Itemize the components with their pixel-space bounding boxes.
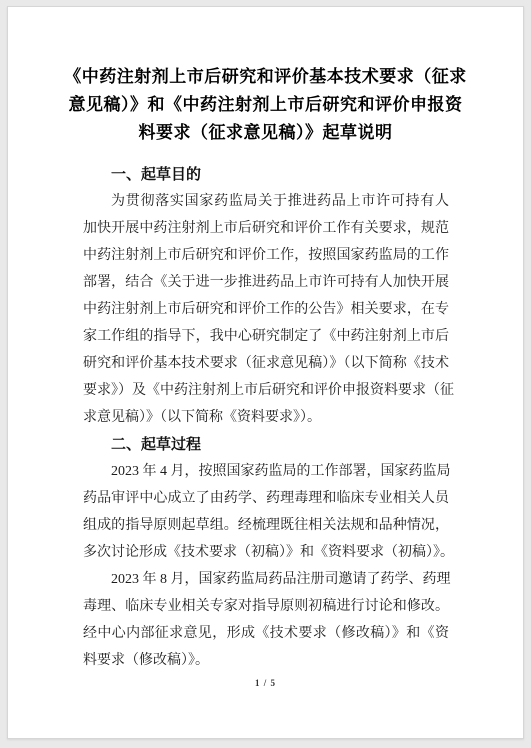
paragraph-line: 中药注射剂上市后研究和评价工作，按照国家药监局的工作 xyxy=(83,242,449,269)
paragraph-line: 2023 年 8 月，国家药监局药品注册司邀请了药学、药理 xyxy=(83,566,449,593)
paragraph-line: 料要求（修改稿）》。 xyxy=(83,647,449,674)
paragraph-line: 求意见稿）》（以下简称《资料要求》）。 xyxy=(83,404,449,431)
title-line: 意见稿）》和《中药注射剂上市后研究和评价申报资 xyxy=(38,91,493,119)
paragraph-line: 中药注射剂上市后研究和评价工作的公告》相关要求，在专 xyxy=(83,296,449,323)
paragraph-line: 加快开展中药注射剂上市后研究和评价工作有关要求，规范 xyxy=(83,215,449,242)
paragraph-line: 家工作组的指导下，我中心研究制定了《中药注射剂上市后 xyxy=(83,323,449,350)
paragraph-line: 组成的指导原则起草组。经梳理既往相关法规和品种情况， xyxy=(83,512,449,539)
title-line: 料要求（征求意见稿）》起草说明 xyxy=(38,119,493,147)
page-number: 1 / 5 xyxy=(8,678,523,688)
paragraph-line: 药品审评中心成立了由药学、药理毒理和临床专业相关人员 xyxy=(83,485,449,512)
document-title: 《中药注射剂上市后研究和评价基本技术要求（征求意见稿）》和《中药注射剂上市后研究… xyxy=(38,63,493,147)
paragraph-line: 为贯彻落实国家药监局关于推进药品上市许可持有人 xyxy=(83,188,449,215)
paragraph-line: 研究和评价基本技术要求（征求意见稿）》（以下简称《技术 xyxy=(83,350,449,377)
paragraph-line: 经中心内部征求意见，形成《技术要求（修改稿）》和《资 xyxy=(83,620,449,647)
document-viewer: 《中药注射剂上市后研究和评价基本技术要求（征求意见稿）》和《中药注射剂上市后研究… xyxy=(0,0,531,748)
paragraph-line: 多次讨论形成《技术要求（初稿）》和《资料要求（初稿）》。 xyxy=(83,539,449,566)
paragraph-line: 部署，结合《关于进一步推进药品上市许可持有人加快开展 xyxy=(83,269,449,296)
title-line: 《中药注射剂上市后研究和评价基本技术要求（征求 xyxy=(38,63,493,91)
paragraph-line: 毒理、临床专业相关专家对指导原则初稿进行讨论和修改。 xyxy=(83,593,449,620)
paragraph-line: 要求》）及《中药注射剂上市后研究和评价申报资料要求（征 xyxy=(83,377,449,404)
paragraph-line: 2023 年 4 月，按照国家药监局的工作部署，国家药监局 xyxy=(83,458,449,485)
document-page: 《中药注射剂上市后研究和评价基本技术要求（征求意见稿）》和《中药注射剂上市后研究… xyxy=(7,6,524,739)
section-heading: 一、起草目的 xyxy=(83,161,449,188)
section-heading: 二、起草过程 xyxy=(83,431,449,458)
document-body: 一、起草目的为贯彻落实国家药监局关于推进药品上市许可持有人加快开展中药注射剂上市… xyxy=(83,161,449,674)
